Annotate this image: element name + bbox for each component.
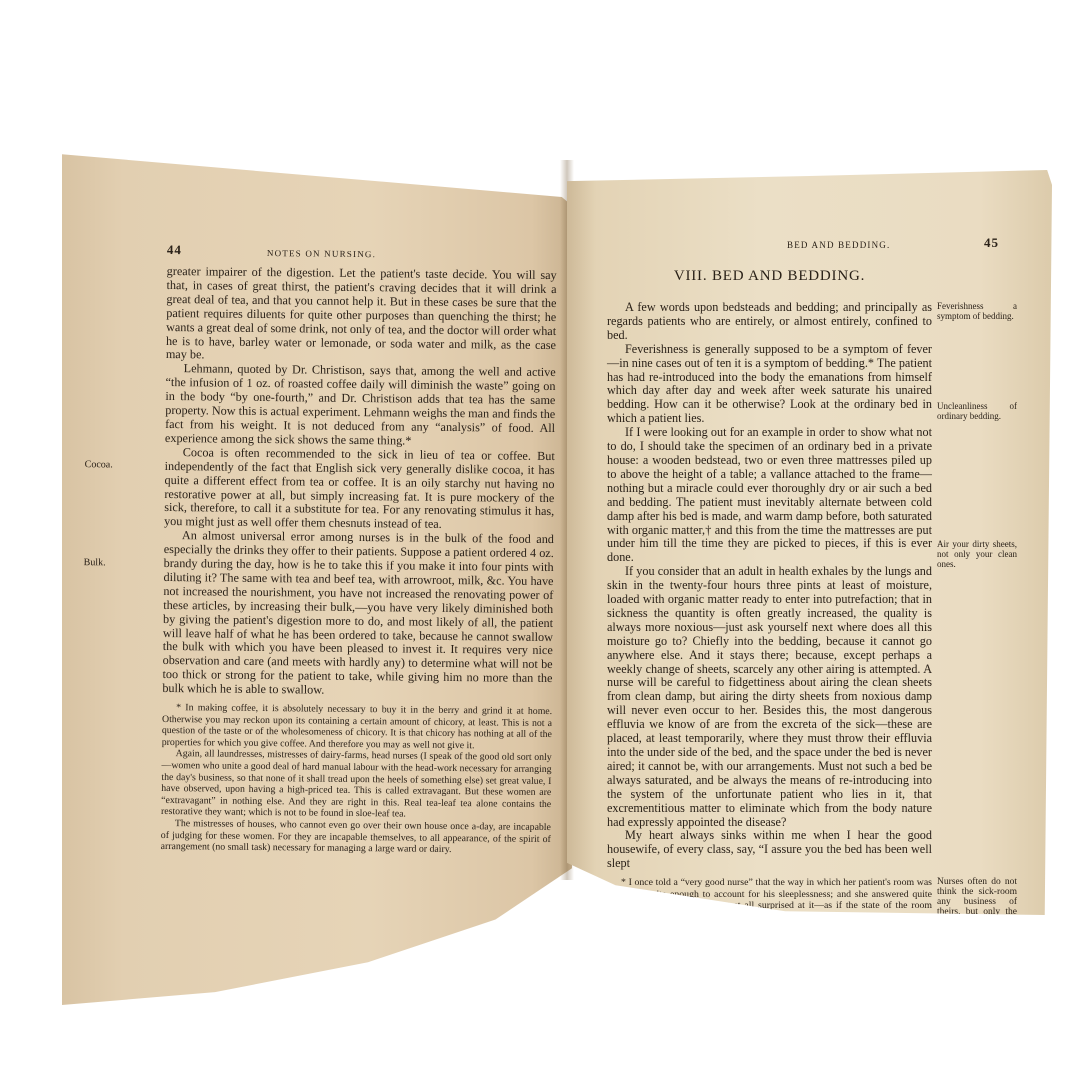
paragraph: Cocoa is often recommended to the sick i… <box>164 446 555 534</box>
footnote: † For the same reason if, after washing … <box>607 935 932 993</box>
right-running-head: BED AND BEDDING. 45 <box>607 238 1027 258</box>
paragraph: If you consider that an adult in health … <box>607 565 932 829</box>
footnotes: Nurses often do not think the sick-room … <box>607 877 932 993</box>
footnote: * I once told a “very good nurse” that t… <box>607 877 932 935</box>
left-page-content: 44 NOTES ON NURSING. Cocoa. Bulk. greate… <box>161 245 557 857</box>
paragraph: Feverishness is generally supposed to be… <box>607 343 932 426</box>
paragraph: An almost universal error among nurses i… <box>162 529 554 700</box>
side-note-nurses-sick-room: Nurses often do not think the sick-room … <box>937 877 1017 927</box>
right-page-content: BED AND BEDDING. 45 VIII. BED AND BEDDIN… <box>607 238 1027 993</box>
footnote: * In making coffee, it is absolutely nec… <box>162 702 552 752</box>
paragraph: A few words upon bedsteads and bedding; … <box>607 301 932 343</box>
chapter-title: VIII. BED AND BEDDING. <box>607 268 932 285</box>
running-head-title: BED AND BEDDING. <box>787 240 890 250</box>
footnote: Again, all laundresses, mistresses of da… <box>161 748 552 822</box>
paragraph: greater impairer of the digestion. Let t… <box>166 265 557 366</box>
side-note-feverishness: Feverishness a symptom of bedding. <box>937 301 1017 321</box>
page-number: 45 <box>984 235 999 251</box>
right-page: BED AND BEDDING. 45 VIII. BED AND BEDDIN… <box>567 170 1052 915</box>
running-head-title: NOTES ON NURSING. <box>267 248 376 259</box>
open-book: 44 NOTES ON NURSING. Cocoa. Bulk. greate… <box>0 0 1080 1080</box>
paragraph: If I were looking out for an example in … <box>607 426 932 565</box>
body-text: Cocoa. Bulk. greater impairer of the dig… <box>162 265 556 700</box>
side-note-uncleanliness: Uncleanliness of ordinary bedding. <box>937 401 1017 421</box>
side-note-cocoa: Cocoa. <box>85 460 165 471</box>
body-text: Feverishness a symptom of bedding. Uncle… <box>607 301 932 871</box>
side-note-bulk: Bulk. <box>84 558 164 569</box>
side-note-air-dirty-sheets: Air your dirty sheets, not only your cle… <box>937 539 1017 569</box>
paragraph: My heart always sinks within me when I h… <box>607 829 932 871</box>
footnotes: * In making coffee, it is absolutely nec… <box>161 702 553 857</box>
page-number: 44 <box>167 242 182 258</box>
left-page: 44 NOTES ON NURSING. Cocoa. Bulk. greate… <box>62 150 572 1005</box>
footnote: The mistresses of houses, who cannot eve… <box>161 818 551 857</box>
paragraph: Lehmann, quoted by Dr. Christison, says … <box>165 362 556 450</box>
